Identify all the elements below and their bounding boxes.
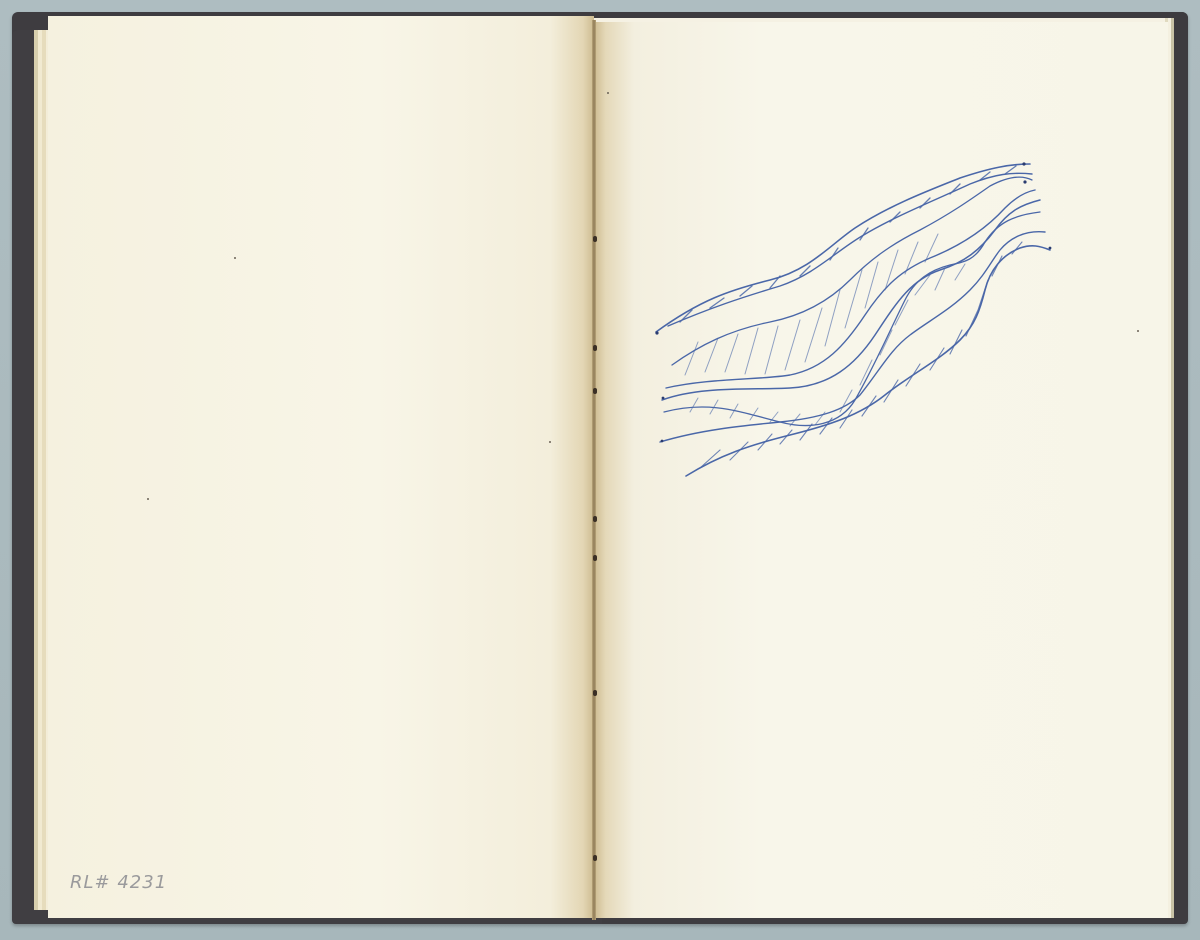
accession-number: RL# 4231 — [70, 872, 167, 893]
binding-stitch — [593, 855, 597, 861]
wavy-ribbons-drawing-icon — [640, 150, 1070, 490]
paper-speck — [549, 441, 551, 443]
paper-speck — [234, 257, 236, 259]
book-gutter — [592, 20, 596, 920]
left-page — [48, 16, 594, 918]
binding-stitch — [593, 555, 597, 561]
binding-stitch — [593, 345, 597, 351]
photo-background: RL# 4231 — [0, 0, 1200, 940]
paper-speck — [607, 92, 609, 94]
binding-stitch — [593, 388, 597, 394]
binding-stitch — [593, 236, 597, 242]
paper-speck — [1137, 330, 1139, 332]
binding-stitch — [593, 516, 597, 522]
paper-speck — [147, 498, 149, 500]
binding-stitch — [593, 690, 597, 696]
